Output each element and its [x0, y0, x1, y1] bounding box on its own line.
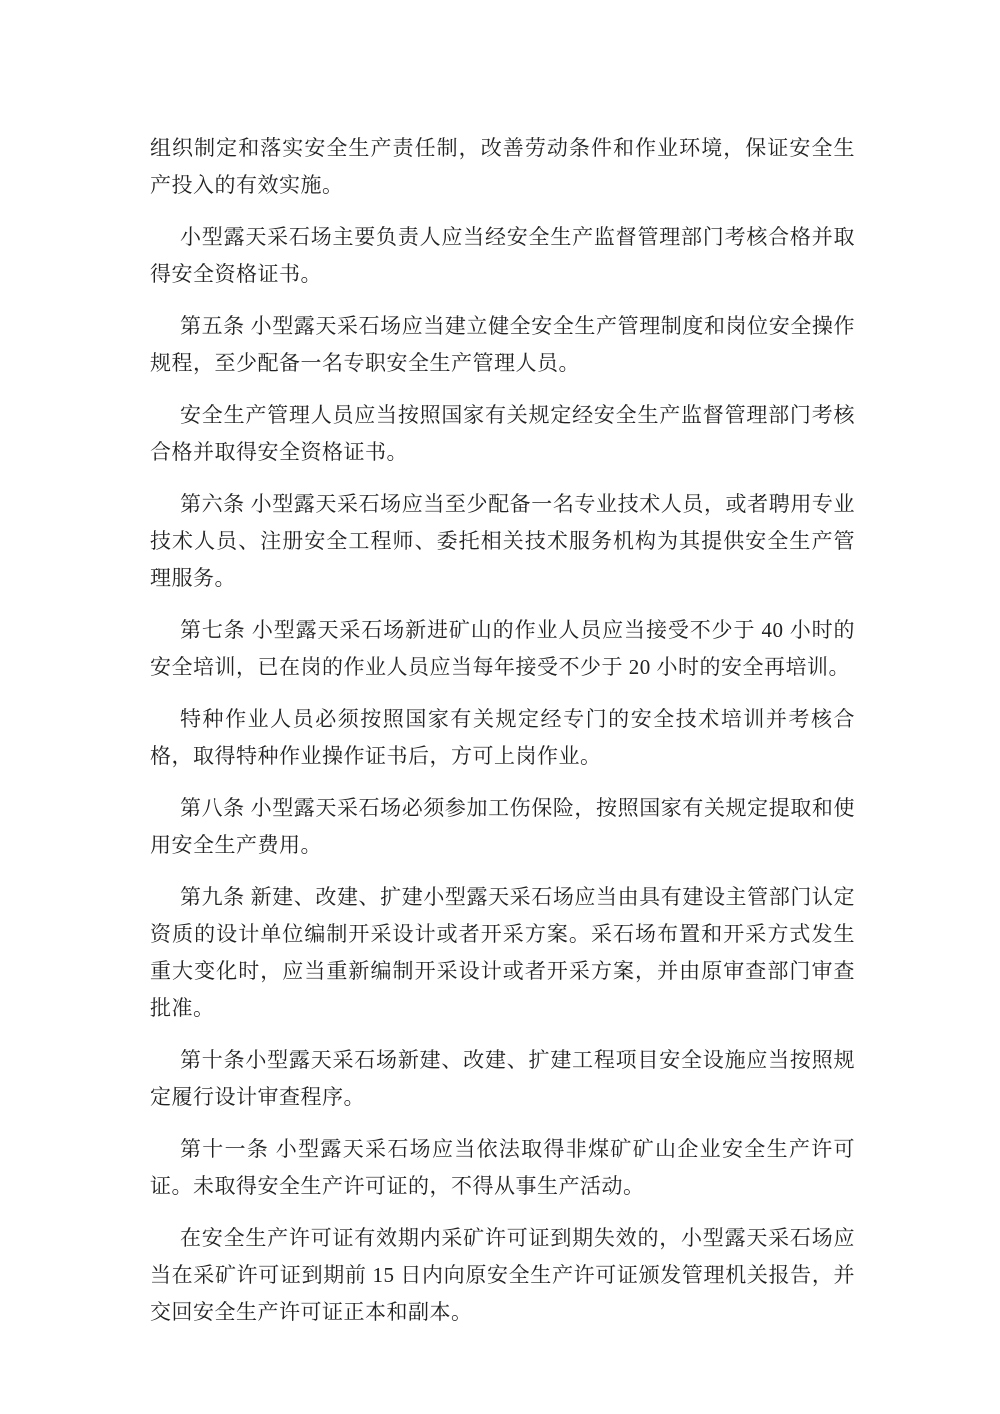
- paragraph-article-9: 第九条 新建、改建、扩建小型露天采石场应当由具有建设主管部门认定资质的设计单位编…: [150, 879, 855, 1027]
- paragraph: 特种作业人员必须按照国家有关规定经专门的安全技术培训并考核合格，取得特种作业操作…: [150, 701, 855, 775]
- paragraph-article-11: 第十一条 小型露天采石场应当依法取得非煤矿矿山企业安全生产许可证。未取得安全生产…: [150, 1131, 855, 1205]
- paragraph: 小型露天采石场主要负责人应当经安全生产监督管理部门考核合格并取得安全资格证书。: [150, 219, 855, 293]
- document-page: 组织制定和落实安全生产责任制，改善劳动条件和作业环境，保证安全生产投入的有效实施…: [0, 0, 1000, 1414]
- paragraph: 在安全生产许可证有效期内采矿许可证到期失效的，小型露天采石场应当在采矿许可证到期…: [150, 1220, 855, 1331]
- paragraph-article-5: 第五条 小型露天采石场应当建立健全安全生产管理制度和岗位安全操作规程，至少配备一…: [150, 308, 855, 382]
- paragraph: 安全生产管理人员应当按照国家有关规定经安全生产监督管理部门考核合格并取得安全资格…: [150, 397, 855, 471]
- paragraph-continuation: 组织制定和落实安全生产责任制，改善劳动条件和作业环境，保证安全生产投入的有效实施…: [150, 130, 855, 204]
- paragraph-article-8: 第八条 小型露天采石场必须参加工伤保险，按照国家有关规定提取和使用安全生产费用。: [150, 790, 855, 864]
- paragraph-article-6: 第六条 小型露天采石场应当至少配备一名专业技术人员，或者聘用专业技术人员、注册安…: [150, 486, 855, 597]
- paragraph-article-7: 第七条 小型露天采石场新进矿山的作业人员应当接受不少于 40 小时的安全培训，已…: [150, 612, 855, 686]
- paragraph-article-10: 第十条小型露天采石场新建、改建、扩建工程项目安全设施应当按照规定履行设计审查程序…: [150, 1042, 855, 1116]
